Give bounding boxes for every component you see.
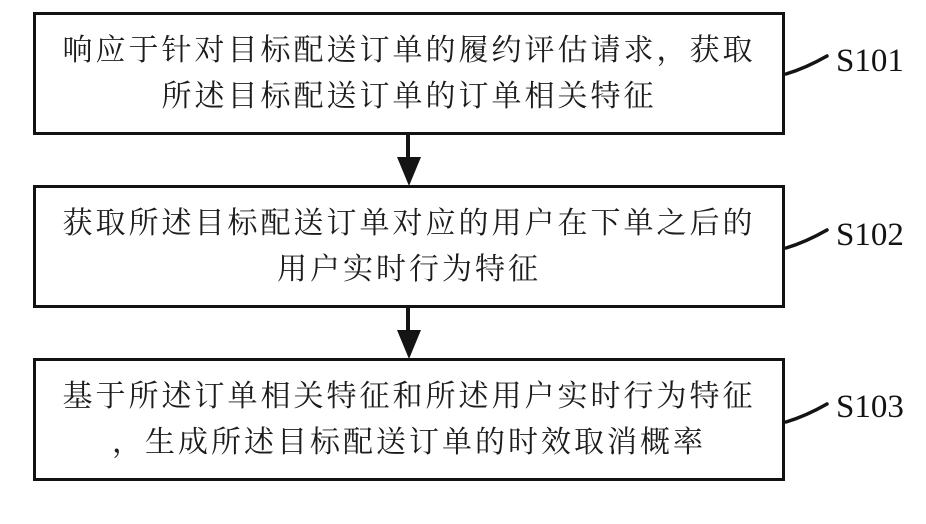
flowchart-figure: 响应于针对目标配送订单的履约评估请求，获取 所述目标配送订单的订单相关特征 获取… bbox=[0, 0, 926, 524]
step-text-line: 响应于针对目标配送订单的履约评估请求，获取 bbox=[63, 28, 756, 74]
flow-step-box-s101: 响应于针对目标配送订单的履约评估请求，获取 所述目标配送订单的订单相关特征 bbox=[33, 12, 785, 135]
arrow-down-icon-1 bbox=[397, 134, 421, 186]
step-text-line: 获取所述目标配送订单对应的用户在下单之后的 bbox=[63, 201, 756, 247]
leader-tick-s101 bbox=[786, 56, 827, 74]
step-text-line: 所述目标配送订单的订单相关特征 bbox=[162, 74, 657, 120]
leader-tick-s103 bbox=[786, 404, 827, 422]
flow-step-box-s103: 基于所述订单相关特征和所述用户实时行为特征 ，生成所述目标配送订单的时效取消概率 bbox=[33, 358, 785, 481]
step-text-line: 基于所述订单相关特征和所述用户实时行为特征 bbox=[63, 374, 756, 420]
flow-step-box-s102: 获取所述目标配送订单对应的用户在下单之后的 用户实时行为特征 bbox=[33, 185, 785, 308]
step-text-line: 用户实时行为特征 bbox=[277, 247, 541, 293]
step-label-s101: S101 bbox=[836, 41, 926, 81]
step-label-s103: S103 bbox=[836, 387, 926, 427]
leader-tick-s102 bbox=[786, 230, 827, 248]
step-text-line: ，生成所述目标配送订单的时效取消概率 bbox=[112, 420, 706, 466]
step-label-s102: S102 bbox=[836, 215, 926, 255]
arrow-down-icon-2 bbox=[397, 307, 421, 359]
